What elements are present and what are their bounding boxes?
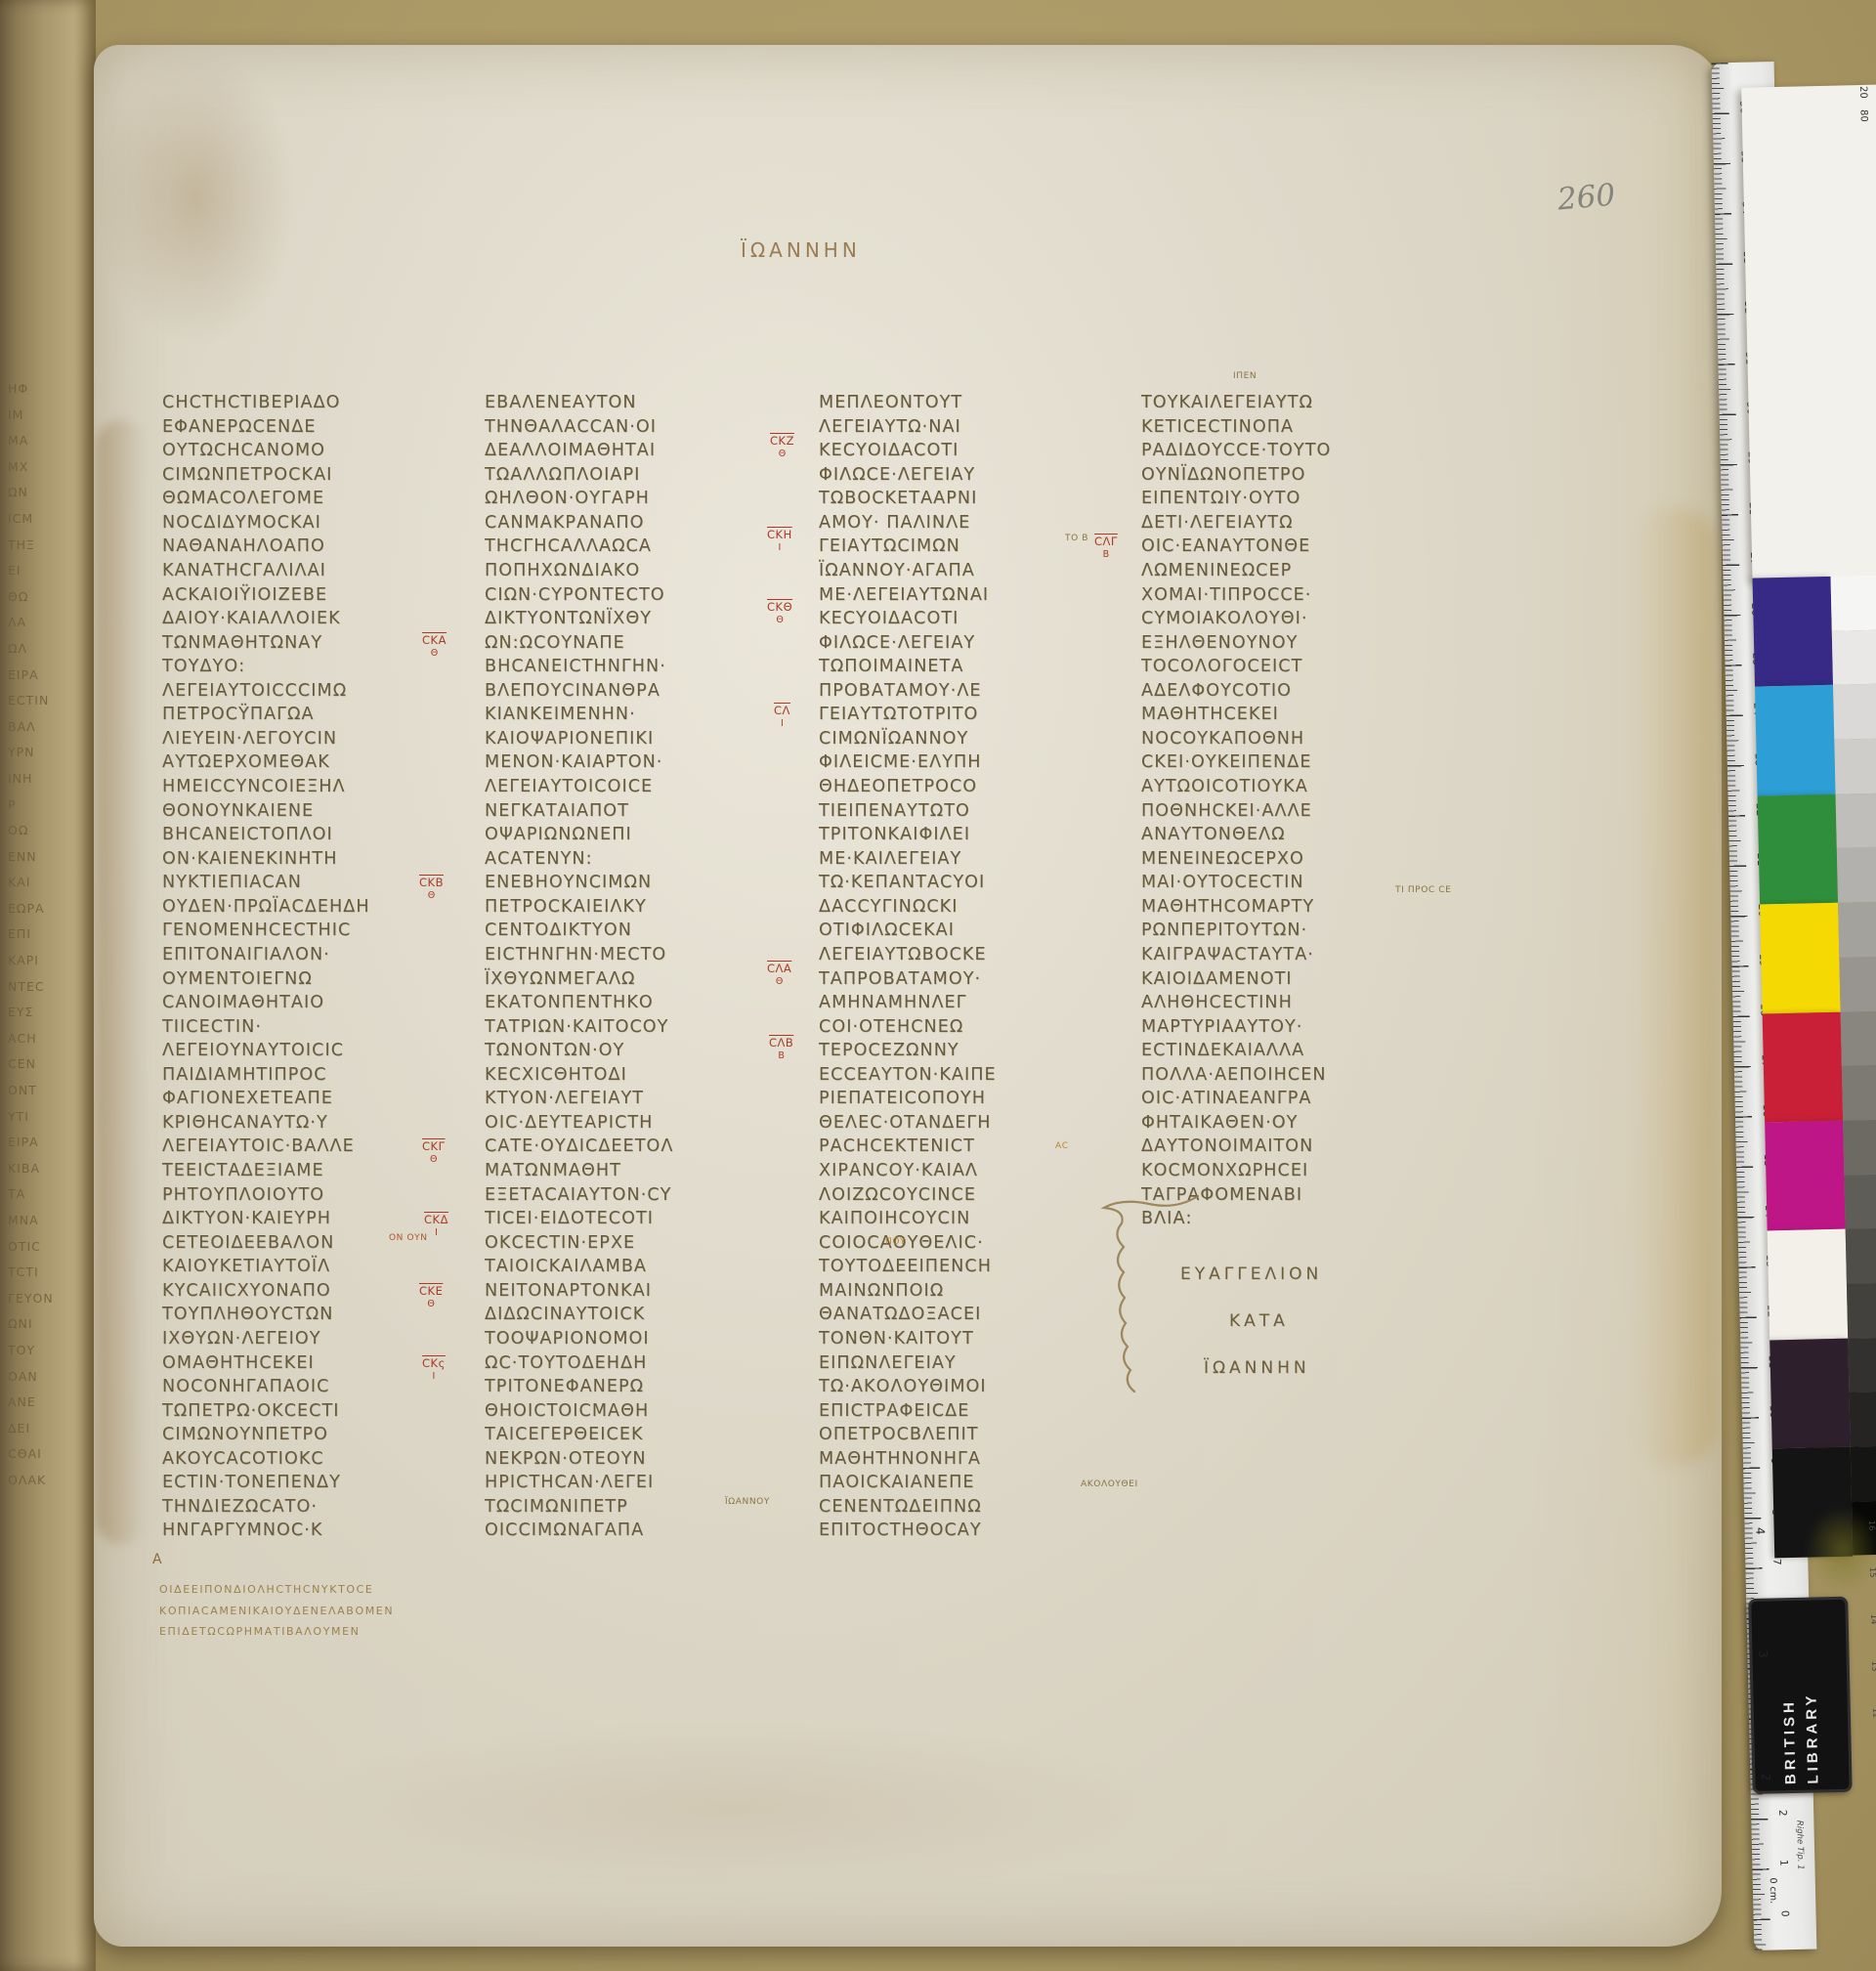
corrector-gloss: ΑΚΟΛΟΥΘΕΙ [1081, 1479, 1138, 1489]
manuscript-line: ΤΙCΕΙ·ΕΙΔΟΤΕCΟΤΙ [485, 1209, 778, 1233]
manuscript-line: ΕΙCΤΗΝΓΗΝ·ΜΕCΤΟ [485, 945, 778, 969]
text-fragment: ΚΑΙ [8, 875, 92, 901]
manuscript-line: ΤΗCΓΗCΑΛΛΑΩCΑ [485, 536, 778, 561]
manuscript-line: ΠΟΛΛΑ·ΑΕΠΟΙΗCΕΝ [1141, 1065, 1434, 1090]
manuscript-line: ΤΗΝΔΙΕΖΩCΑΤΟ· [162, 1497, 455, 1521]
manuscript-line: ΜΕΠΛΕΟΝΤΟΥΤ [819, 393, 1112, 417]
text-fragment: ΩΛ [8, 641, 92, 667]
manuscript-line: ΟΠΕΤΡΟCΒΛΕΠΙΤ [819, 1425, 1112, 1449]
manuscript-line: ΕΒΑΛΕΝΕΑΥΤΟΝ [485, 393, 778, 417]
manuscript-line: ΤΑΙΟΙCΚΑΙΛΑΜΒΑ [485, 1257, 778, 1281]
manuscript-line: ΜΑΙ·ΟΥΤΟCΕCΤΙΝ [1141, 873, 1434, 897]
section-number: CΛΓ [1094, 536, 1118, 547]
manuscript-line: ΝΕΓΚΑΤΑΙΑΠΟΤ [485, 801, 778, 826]
color-patch-green [1758, 794, 1839, 905]
footnote-initial: Α [152, 1552, 162, 1567]
eusebian-section-numeral: CΛΒΒ [769, 1038, 793, 1061]
zero-cm-label: 0 cm. [1768, 1877, 1779, 1904]
manuscript-line: ΕΚΑΤΟΝΠΕΝΤΗΚΟ [485, 993, 778, 1017]
text-fragment: ΙΜ [8, 407, 92, 434]
manuscript-line: ΟΚCΕCΤΙΝ·ΕΡΧΕ [485, 1233, 778, 1258]
brand-word: BRITISH [1778, 1607, 1799, 1784]
righe-tip-label: Righe Tip. 1 [1794, 1821, 1805, 1870]
manuscript-line: ΚΑΙΟΙΔΑΜΕΝΟΤΙ [1141, 969, 1434, 994]
manuscript-line: ΜΑΘΗΤΗΝΟΝΗΓΑ [819, 1449, 1112, 1474]
cm-number: 2 [1776, 1805, 1788, 1821]
text-column-4: ΤΟΥΚΑΙΛΕΓΕΙΑΥΤΩΚΕΤΙCΕCΤΙΝΟΠΑΡΑΔΙΔΟΥCCΕ·Τ… [1141, 393, 1434, 1233]
manuscript-line: ΠΑΙΔΙΑΜΗΤΙΠΡΟC [162, 1065, 455, 1090]
manuscript-line: ΚΕCΥΟΙΔΑCΟΤΙ [819, 441, 1112, 465]
manuscript-line: ΦΙΛΩCΕ·ΛΕΓΕΙΑΥ [819, 465, 1112, 490]
manuscript-line: ΡΙΕΠΑΤΕΙCΟΠΟΥΗ [819, 1089, 1112, 1113]
text-column-3: ΜΕΠΛΕΟΝΤΟΥΤΛΕΓΕΙΑΥΤΩ·ΝΑΙΚΕCΥΟΙΔΑCΟΤΙΦΙΛΩ… [819, 393, 1112, 1545]
manuscript-line: ΔΙΔΩCΙΝΑΥΤΟΙCΚ [485, 1305, 778, 1329]
gray-step [1846, 1226, 1876, 1283]
footnote-line: ΟΙΔΕΕΙΠΟΝΔΙΟΛΗCΤΗCΝΥΚΤΟCΕ [159, 1583, 394, 1605]
text-fragment: ΑΝΕ [8, 1394, 92, 1421]
gray-step [1851, 1444, 1876, 1501]
text-fragment: ΙΝΗ [8, 771, 92, 797]
green-smudge [1804, 1505, 1876, 1595]
canon-number: Β [769, 1050, 793, 1061]
manuscript-line: ΚΑΝΑΤΗCΓΑΛΙΛΑΙ [162, 561, 455, 585]
eusebian-section-numeral: CΛΙ [774, 706, 790, 729]
manuscript-line: ΪΧΘΥΩΝΜΕΓΑΛΩ [485, 969, 778, 994]
manuscript-line: ΟΝ·ΚΑΙΕΝΕΚΙΝΗΤΗ [162, 849, 455, 874]
manuscript-line: ΔΙΚΤΥΟΝ·ΚΑΙΕΥΡΗ [162, 1209, 455, 1233]
corner-number: 20 [1857, 86, 1868, 99]
eusebian-section-numeral: CΚΔΙ [424, 1215, 448, 1238]
section-number: CΛΑ [767, 964, 791, 974]
manuscript-line: ΤΩΒΟCΚΕΤΑΑΡΝΙ [819, 489, 1112, 513]
manuscript-line: ΛΕΓΕΙΑΥΤΩΒΟCΚΕ [819, 945, 1112, 969]
manuscript-line: ΗΡΙCΤΗCΑΝ·ΛΕΓΕΙ [485, 1473, 778, 1497]
canon-number: Θ [422, 1154, 445, 1165]
manuscript-line: ΕCΤΙΝ·ΤΟΝΕΠΕΝΔΥ [162, 1473, 455, 1497]
manuscript-line: ΤΙΙCΕCΤΙΝ· [162, 1017, 455, 1042]
manuscript-line: ΑΝΑΥΤΟΝΘΕΛΩ [1141, 825, 1434, 849]
manuscript-line: ΚΟCΜΟΝΧΩΡΗCΕΙ [1141, 1161, 1434, 1185]
manuscript-line: ΤΟΟΨΑΡΙΟΝΟΜΟΙ [485, 1329, 778, 1353]
manuscript-line: ΟΙC·ΔΕΥΤΕΑΡΙCΤΗ [485, 1113, 778, 1137]
manuscript-line: ΤΩΑΛΛΩΠΛΟΙΑΡΙ [485, 465, 778, 490]
british-library-label: BRITISH LIBRARY [1748, 1597, 1853, 1794]
text-fragment: ΛΑ [8, 615, 92, 641]
text-fragment: ΕΙΡΑ [8, 1135, 92, 1161]
manuscript-line: ΓΕΙΑΥΤΩΤΟΤΡΙΤΟ [819, 705, 1112, 729]
text-fragment: ΤCΤΙ [8, 1264, 92, 1291]
text-fragment: Ρ [8, 797, 92, 824]
manuscript-line: ΕΠΙΤΟCΤΗΘΟCΑΥ [819, 1521, 1112, 1545]
manuscript-line: ΟΥΝΪΔΩΝΟΠΕΤΡΟ [1141, 465, 1434, 490]
manuscript-line: ΕCCΕΑΥΤΟΝ·ΚΑΙΠΕ [819, 1065, 1112, 1090]
manuscript-line: ΚΤΥΟΝ·ΛΕΓΕΙΑΥΤ [485, 1089, 778, 1113]
manuscript-line: ΛΕΓΕΙΑΥΤΩ·ΝΑΙ [819, 417, 1112, 442]
manuscript-line: CΙΜΩΝΟΥΝΠΕΤΡΟ [162, 1425, 455, 1449]
manuscript-line: ΜΑΘΗΤΗCΕΚΕΙ [1141, 705, 1434, 729]
manuscript-line: ΘΟΝΟΥΝΚΑΙΕΝΕ [162, 801, 455, 826]
color-patch-white [1768, 1229, 1849, 1340]
manuscript-line: ΚΑΙΟΥΚΕΤΙΑΥΤΟΪΛ [162, 1257, 455, 1281]
manuscript-line: ΤΩΠΟΙΜΑΙΝΕΤΑ [819, 657, 1112, 681]
manuscript-line: ΤΑΙCΕΓΕΡΘΕΙCΕΚ [485, 1425, 778, 1449]
manuscript-line: ΔΑCCΥΓΙΝΩCΚΙ [819, 897, 1112, 921]
manuscript-line: ΤΡΙΤΟΝΕΦΑΝΕΡΩ [485, 1377, 778, 1401]
manuscript-line: CΙΜΩΝΠΕΤΡΟCΚΑΙ [162, 465, 455, 490]
manuscript-line: ΤΟΝΘΝ·ΚΑΙΤΟΥΤ [819, 1329, 1112, 1353]
manuscript-line: ΡΗΤΟΥΠΛΟΙΟΥΤΟ [162, 1185, 455, 1210]
manuscript-line: CΙΜΩΝΪΩΑΝΝΟΥ [819, 729, 1112, 753]
manuscript-line: ΛΕΓΕΙΟΥΝΑΥΤΟΙCΙC [162, 1041, 455, 1065]
manuscript-line: ΕCΤΙΝΔΕΚΑΙΑΛΛΑ [1141, 1041, 1434, 1065]
text-fragment: ΕΙΡΑ [8, 667, 92, 694]
manuscript-line: ΤΩ·ΚΕΠΑΝΤΑCΥΟΙ [819, 873, 1112, 897]
bottom-number: 4 [1753, 1527, 1767, 1535]
manuscript-line: ΜΕ·ΛΕΓΕΙΑΥΤΩΝΑΙ [819, 585, 1112, 610]
canon-number: Θ [767, 976, 791, 987]
section-number: CΚΑ [422, 635, 447, 646]
manuscript-line: ΚΡΙΘΗCΑΝΑΥΤΩ·Υ [162, 1113, 455, 1137]
manuscript-line: CΙΩΝ·CΥΡΟΝΤΕCΤΟ [485, 585, 778, 610]
text-fragment: ΙCΜ [8, 511, 92, 537]
text-fragment: ΟΑΝ [8, 1369, 92, 1395]
gray-step [1847, 1281, 1876, 1338]
manuscript-line: ΔΕΤΙ·ΛΕΓΕΙΑΥΤΩ [1141, 513, 1434, 537]
manuscript-line: ΓΕΝΟΜΕΝΗCΕCΤΗΙC [162, 921, 455, 945]
text-fragment: ΔΕΙ [8, 1421, 92, 1447]
text-fragment: CΘΑΙ [8, 1446, 92, 1473]
gray-step [1844, 1173, 1876, 1229]
manuscript-line: CΟΙ·ΟΤΕΗCΝΕΩ [819, 1017, 1112, 1042]
manuscript-line: ΠΕΤΡΟCΚΑΙΕΙΛΚΥ [485, 897, 778, 921]
manuscript-line: ΟΙC·ΑΤΙΝΑΕΑΝΓΡΑ [1141, 1089, 1434, 1113]
manuscript-line: ΤΟΥΠΛΗΘΟΥCΤΩΝ [162, 1305, 455, 1329]
manuscript-line: ΚΙΑΝΚΕΙΜΕΝΗΝ· [485, 705, 778, 729]
manuscript-line: ΜΕ·ΚΑΙΛΕΓΕΙΑΥ [819, 849, 1112, 874]
inner-number: 12 [1870, 1708, 1876, 1719]
gray-step [1834, 737, 1876, 793]
manuscript-line: ΠΕΤΡΟCΫΠΑΓΩΑ [162, 705, 455, 729]
gray-step [1848, 1336, 1876, 1393]
manuscript-line: ΑΛΗΘΗCΕCΤΙΝΗ [1141, 993, 1434, 1017]
manuscript-line: ΛΕΓΕΙΑΥΤΟΙCΟΙCΕ [485, 777, 778, 801]
corrector-gloss: ΤΟ Β [1065, 534, 1088, 543]
manuscript-line: ΧΙΡΑΝCΟΥ·ΚΑΙΑΛ [819, 1161, 1112, 1185]
manuscript-line: ΤΩΝΜΑΘΗΤΩΝΑΥ [162, 633, 455, 658]
gray-step [1841, 1009, 1876, 1066]
text-fragment: ΓΕΥΟΝ [8, 1291, 92, 1317]
eusebian-section-numeral: CΛΑΘ [767, 964, 791, 987]
manuscript-line: ΤΑΠΡΟΒΑΤΑΜΟΥ· [819, 969, 1112, 994]
text-fragment: ΕΩΡΑ [8, 901, 92, 927]
section-number: CΚς [422, 1358, 446, 1369]
bottom-number: 2 [1759, 1774, 1772, 1781]
manuscript-line: ΝΟCΔΙΔΥΜΟCΚΑΙ [162, 513, 455, 537]
gray-step [1837, 846, 1876, 903]
manuscript-line: ΟΥΔΕΝ·ΠΡΩΪΑCΔΕΗΔΗ [162, 897, 455, 921]
text-fragment: ΤΑ [8, 1186, 92, 1213]
manuscript-line: ΜΑΘΗΤΗCΟΜΑΡΤΥ [1141, 897, 1434, 921]
text-fragment: ΟΤΙC [8, 1239, 92, 1265]
color-patch-indigo [1753, 577, 1834, 687]
gray-step [1838, 900, 1876, 957]
eusebian-section-numeral: CΚΑΘ [422, 635, 447, 659]
manuscript-line: ΘΑΝΑΤΩΔΟΞΑCΕΙ [819, 1305, 1112, 1329]
manuscript-line: ΕΦΑΝΕΡΩCΕΝΔΕ [162, 417, 455, 442]
text-fragment: ΕΙ [8, 563, 92, 589]
manuscript-line: ΕΙΠΕΝΤΩΙΥ·ΟΥΤΟ [1141, 489, 1434, 513]
manuscript-line: ΒΗCΑΝΕΙCΤΟΠΛΟΙ [162, 825, 455, 849]
gray-step [1832, 628, 1876, 685]
text-fragment: ΜΧ [8, 459, 92, 486]
canon-number: Ι [774, 718, 790, 729]
text-fragment: ΕΝΝ [8, 849, 92, 876]
manuscript-line: ΦΙΛΕΙCΜΕ·ΕΛΥΠΗ [819, 752, 1112, 777]
eusebian-section-numeral: CΚΗΙ [767, 530, 792, 553]
manuscript-line: ΕΞΗΛΘΕΝΟΥΝΟΥ [1141, 633, 1434, 658]
cm-number: 0 [1778, 1906, 1790, 1921]
manuscript-line: ΚΕCΧΙCΘΗΤΟΔΙ [485, 1065, 778, 1090]
text-fragment: ΩΝΙ [8, 1316, 92, 1343]
inner-number: 13 [1869, 1661, 1876, 1672]
footnote-line: ΚΟΠΙΑCΑΜΕΝΙΚΑΙΟΥΔΕΝΕΛΑΒΟΜΕΝ [159, 1605, 394, 1626]
manuscript-line: CΟΙΟCΑΟΥΘΕΛΙC· [819, 1233, 1112, 1258]
manuscript-line: ΜΕΝΕΙΝΕΩCΕΡΧΟ [1141, 849, 1434, 874]
text-fragment: ΗΦ [8, 381, 92, 407]
manuscript-line: ΩΝ:ΩCΟΥΝΑΠΕ [485, 633, 778, 658]
manuscript-line: ΚΕCΥΟΙΔΑCΟΤΙ [819, 609, 1112, 633]
corrector-gloss: ΠΟΥ [885, 1237, 906, 1247]
manuscript-line: ΛΕΓΕΙΑΥΤΟΙC·ΒΑΛΛΕ [162, 1136, 455, 1161]
section-number: CΚΓ [422, 1141, 445, 1152]
corrector-gloss: ΙΠΕΝ [1233, 371, 1257, 381]
manuscript-line: ΕΠΙΤΟΝΑΙΓΙΑΛΟΝ· [162, 945, 455, 969]
canon-number: Θ [419, 890, 444, 901]
manuscript-line: ΜΑΤΩΝΜΑΘΗΤ [485, 1161, 778, 1185]
manuscript-line: ΑΥΤΩΟΙCΟΤΙΟΥΚΑ [1141, 777, 1434, 801]
text-fragment: ΚΑΡΙ [8, 953, 92, 979]
section-number: CΚΒ [419, 878, 444, 888]
text-fragment: ΚΙΒΑ [8, 1161, 92, 1187]
text-fragment: ΑCΗ [8, 1031, 92, 1057]
manuscript-line: ΦΑΓΙΟΝΕΧΕΤΕΑΠΕ [162, 1089, 455, 1113]
text-fragment: ΝΤΕC [8, 979, 92, 1006]
text-fragment: ΕCΤΙΝ [8, 693, 92, 719]
manuscript-line: ΟΙCCΙΜΩΝΑΓΑΠΑ [485, 1521, 778, 1545]
running-title: ΪΩΑΝΝΗΝ [741, 238, 861, 262]
manuscript-line: ΙΧΘΥΩΝ·ΛΕΓΕΙΟΥ [162, 1329, 455, 1353]
eusebian-section-numeral: CΚΕΘ [419, 1286, 443, 1309]
text-fragment: ΜΝΑ [8, 1213, 92, 1239]
manuscript-line: ΛΙΕΥΕΙΝ·ΛΕΓΟΥCΙΝ [162, 729, 455, 753]
manuscript-line: ΦΗΤΑΙΚΑΘΕΝ·ΟΥ [1141, 1113, 1434, 1137]
manuscript-line: ΕΞΕΤΑCΑΙΑΥΤΟΝ·CΥ [485, 1185, 778, 1210]
color-patch-magenta [1765, 1121, 1846, 1231]
eusebian-section-numeral: CΛΓΒ [1094, 536, 1118, 560]
text-fragment: ΟΝΤ [8, 1083, 92, 1109]
manuscript-line: ΜΕΝΟΝ·ΚΑΙΑΡΤΟΝ· [485, 752, 778, 777]
section-number: CΚΕ [419, 1286, 443, 1297]
manuscript-line: ΚΑΙΓΡΑΨΑCΤΑΥΤΑ· [1141, 945, 1434, 969]
manuscript-line: ΠΡΟΒΑΤΑΜΟΥ·ΛΕ [819, 681, 1112, 706]
manuscript-line: CΚΕΙ·ΟΥΚΕΙΠΕΝΔΕ [1141, 752, 1434, 777]
canon-number: Β [1094, 549, 1118, 560]
gray-step [1831, 574, 1876, 630]
text-column-2: ΕΒΑΛΕΝΕΑΥΤΟΝΤΗΝΘΑΛΑCCΑΝ·ΟΙΔΕΑΛΛΟΙΜΑΘΗΤΑΙ… [485, 393, 778, 1545]
text-fragment: ΥΤΙ [8, 1109, 92, 1135]
text-column-1: CΗCΤΗCΤΙΒΕΡΙΑΔΟΕΦΑΝΕΡΩCΕΝΔΕΟΥΤΩCΗCΑΝΟΜΟC… [162, 393, 455, 1545]
text-fragment: ΩΝ [8, 485, 92, 511]
manuscript-line: ΑΔΕΛΦΟΥCΟΤΙΟ [1141, 681, 1434, 706]
manuscript-line: ΝΕΚΡΩΝ·ΟΤΕΟΥΝ [485, 1449, 778, 1474]
text-fragment: ΒΑΛ [8, 719, 92, 746]
canon-number: Ι [424, 1227, 448, 1238]
section-number: CΚΗ [767, 530, 792, 540]
color-patch-aubergine [1769, 1338, 1851, 1448]
corrector-gloss: ΪΩΑΝΝΟΥ [725, 1497, 770, 1507]
coronis-flourish [1083, 1184, 1210, 1399]
eusebian-section-numeral: CΚΖΘ [770, 436, 794, 459]
corner-number: 80 [1858, 109, 1869, 122]
eusebian-section-numeral: CΚςΙ [422, 1358, 446, 1382]
canon-number: Ι [422, 1371, 446, 1382]
manuscript-line: ΗΜΕΙCCΥΝCΟΙΕΞΗΛ [162, 777, 455, 801]
gray-step [1833, 683, 1876, 740]
manuscript-line: ΤΕΡΟCΕΖΩΝΝΥ [819, 1041, 1112, 1065]
manuscript-line: ΔΕΑΛΛΟΙΜΑΘΗΤΑΙ [485, 441, 778, 465]
calibration-ruler: 3635343332313029282726252423222120191817… [1712, 58, 1876, 1950]
manuscript-line: ΤΗΝΘΑΛΑCCΑΝ·ΟΙ [485, 417, 778, 442]
facing-page-text-fragments: ΗΦΙΜΜΑΜΧΩΝΙCΜΤΗΞΕΙΘΩΛΑΩΛΕΙΡΑΕCΤΙΝΒΑΛΥΡΝΙ… [8, 381, 92, 1499]
manuscript-line: CΕΝΤΟΔΙΚΤΥΟΝ [485, 921, 778, 945]
color-patch-red [1763, 1011, 1844, 1122]
book-gutter: ΗΦΙΜΜΑΜΧΩΝΙCΜΤΗΞΕΙΘΩΛΑΩΛΕΙΡΑΕCΤΙΝΒΑΛΥΡΝΙ… [0, 0, 96, 1971]
manuscript-line: ΑΚΟΥCΑCΟΤΙΟΚC [162, 1449, 455, 1474]
corrector-gloss: ΟΝ ΟΥΝ [389, 1233, 428, 1243]
manuscript-line: ΑΜΗΝΑΜΗΝΛΕΓ [819, 993, 1112, 1017]
manuscript-line: ΝΥΚΤΙΕΠΙΑCΑΝ [162, 873, 455, 897]
manuscript-line: ΔΑΥΤΟΝΟΙΜΑΙΤΟΝ [1141, 1136, 1434, 1161]
manuscript-line: ΜΑΙΝΩΝΠΟΙΩ [819, 1281, 1112, 1306]
manuscript-line: ΝΟCΟΥΚΑΠΟΘΝΗ [1141, 729, 1434, 753]
manuscript-line: ΡΩΝΠΕΡΙΤΟΥΤΩΝ· [1141, 921, 1434, 945]
manuscript-line: ΑΥΤΩΕΡΧΟΜΕΘΑΚ [162, 752, 455, 777]
manuscript-line: ΘΕΛΕC·ΟΤΑΝΔΕΓΗ [819, 1113, 1112, 1137]
manuscript-line: ΤΟΥΚΑΙΛΕΓΕΙΑΥΤΩ [1141, 393, 1434, 417]
manuscript-line: ΛΕΓΕΙΑΥΤΟΙCCCΙΜΩ [162, 681, 455, 706]
folio-number: 260 [1556, 177, 1617, 217]
manuscript-line: ΝΟCΟΝΗΓΑΠΑΟΙC [162, 1377, 455, 1401]
manuscript-line: ΔΑΙΟΥ·ΚΑΙΑΛΛΟΙΕΚ [162, 609, 455, 633]
text-fragment: ΟΩ [8, 823, 92, 849]
manuscript-line: ΤΙΕΙΠΕΝΑΥΤΩΤΟ [819, 801, 1112, 826]
text-fragment: ΘΩ [8, 589, 92, 616]
section-number: CΛ [774, 706, 790, 716]
section-number: CΚΖ [770, 436, 794, 447]
manuscript-line: ΠΟΠΗΧΩΝΔΙΑΚΟ [485, 561, 778, 585]
manuscript-line: ΠΑΟΙCΚΑΙΑΝΕΠΕ [819, 1473, 1112, 1497]
manuscript-line: ΟΥΜΕΝΤΟΙΕΓΝΩ [162, 969, 455, 994]
eusebian-section-numeral: CΚΒΘ [419, 878, 444, 901]
section-number: CΚΔ [424, 1215, 448, 1225]
corrector-gloss: ΤΙ ΠΡΟC CΕ [1395, 885, 1451, 895]
canon-number: Ι [767, 542, 792, 553]
manuscript-line: CΑΤΕ·ΟΥΔΙCΔΕΕΤΟΛ [485, 1136, 778, 1161]
gray-step [1836, 792, 1876, 848]
manuscript-line: ΤΕΕΙCΤΑΔΕΞΙΑΜΕ [162, 1161, 455, 1185]
cm-number: 1 [1777, 1855, 1789, 1870]
manuscript-line: CΕΝΕΝΤΩΔΕΙΠΝΩ [819, 1497, 1112, 1521]
manuscript-line: ΟΤΙΦΙΛΩCΕΚΑΙ [819, 921, 1112, 945]
gray-step [1843, 1118, 1876, 1175]
text-fragment: ΕΥΣ [8, 1005, 92, 1031]
calibration-card-white-section [1741, 83, 1876, 580]
manuscript-line: ΤΑΤΡΙΩΝ·ΚΑΙΤΟCΟΥ [485, 1017, 778, 1042]
brand-word: LIBRARY [1801, 1606, 1821, 1783]
gray-step [1842, 1063, 1876, 1120]
manuscript-line: ΚΑΙΠΟΙΗCΟΥCΙΝ [819, 1209, 1112, 1233]
manuscript-line: ΚΕΤΙCΕCΤΙΝΟΠΑ [1141, 417, 1434, 442]
inner-number: 14 [1868, 1614, 1876, 1625]
manuscript-line: ΗΝΓΑΡΓΥΜΝΟC·Κ [162, 1521, 455, 1545]
gray-step [1849, 1390, 1876, 1446]
manuscript-photo: ΗΦΙΜΜΑΜΧΩΝΙCΜΤΗΞΕΙΘΩΛΑΩΛΕΙΡΑΕCΤΙΝΒΑΛΥΡΝΙ… [0, 0, 1876, 1971]
text-fragment: ΤΗΞ [8, 537, 92, 564]
manuscript-line: ΒΗCΑΝΕΙCΤΗΝΓΗΝ· [485, 657, 778, 681]
manuscript-line: ΔΙΚΤΥΟΝΤΩΝΪΧΘΥ [485, 609, 778, 633]
manuscript-line: ΟΙC·ΕΑΝΑΥΤΟΝΘΕ [1141, 536, 1434, 561]
manuscript-line: CΥΜΟΙΑΚΟΛΟΥΘΙ· [1141, 609, 1434, 633]
manuscript-line: ΜΑΡΤΥΡΙΑΑΥΤΟΥ· [1141, 1017, 1434, 1042]
manuscript-line: ΚΥCΑΙΙCΧΥΟΝΑΠΟ [162, 1281, 455, 1306]
manuscript-line: CΑΝΜΑΚΡΑΝΑΠΟ [485, 513, 778, 537]
text-fragment: ΥΡΝ [8, 745, 92, 771]
manuscript-line: ΑCΑΤΕΝΥΝ: [485, 849, 778, 874]
manuscript-line: ΕΙΠΩΝΛΕΓΕΙΑΥ [819, 1353, 1112, 1378]
canon-number: Θ [422, 648, 447, 659]
text-fragment: ΤΟΥ [8, 1343, 92, 1369]
manuscript-line: ΝΑΘΑΝΑΗΛΟΑΠΟ [162, 536, 455, 561]
manuscript-line: CΗCΤΗCΤΙΒΕΡΙΑΔΟ [162, 393, 455, 417]
manuscript-line: ΘΗΟΙCΤΟΙCΜΑΘΗ [485, 1401, 778, 1426]
corrector-gloss: ΑC [1055, 1141, 1069, 1151]
canon-number: Θ [419, 1299, 443, 1309]
manuscript-line: ΕΠΙCΤΡΑΦΕΙCΔΕ [819, 1401, 1112, 1426]
manuscript-line: ΑCΚΑΙΟΙΫΙΟΙΖΕΒΕ [162, 585, 455, 610]
canon-number: Θ [770, 449, 794, 459]
manuscript-line: ΤΡΙΤΟΝΚΑΙΦΙΛΕΙ [819, 825, 1112, 849]
color-patch-yellow [1760, 903, 1841, 1013]
manuscript-line: ΒΛΕΠΟΥCΙΝΑΝΘΡΑ [485, 681, 778, 706]
manuscript-line: ΠΟΘΝΗCΚΕΙ·ΑΛΛΕ [1141, 801, 1434, 826]
section-number: CΚΘ [767, 602, 792, 613]
text-fragment: ΜΑ [8, 433, 92, 459]
text-fragment: ΟΛΑΚ [8, 1473, 92, 1499]
manuscript-line: ΝΕΙΤΟΝΑΡΤΟΝΚΑΙ [485, 1281, 778, 1306]
manuscript-line: ΕΝΕΒΗΟΥΝCΙΜΩΝ [485, 873, 778, 897]
gray-step [1839, 955, 1876, 1011]
manuscript-line: ΟΜΑΘΗΤΗCΕΚΕΙ [162, 1353, 455, 1378]
manuscript-line: ΚΑΙΟΨΑΡΙΟΝΕΠΙΚΙ [485, 729, 778, 753]
text-fragment: CΕΝ [8, 1056, 92, 1083]
manuscript-line: ΟΨΑΡΙΩΝΩΝΕΠΙ [485, 825, 778, 849]
manuscript-line: ΧΟΜΑΙ·ΤΙΠΡΟCCΕ· [1141, 585, 1434, 610]
manuscript-line: ΘΩΜΑCΟΛΕΓΟΜΕ [162, 489, 455, 513]
manuscript-line: ΪΩΑΝΝΟΥ·ΑΓΑΠΑ [819, 561, 1112, 585]
manuscript-line: CΑΝΟΙΜΑΘΗΤΑΙΟ [162, 993, 455, 1017]
colophon-line: ΚΑΤΑ [1229, 1311, 1289, 1331]
manuscript-line: ΤΟCΟΛΟΓΟCΕΙCΤ [1141, 657, 1434, 681]
